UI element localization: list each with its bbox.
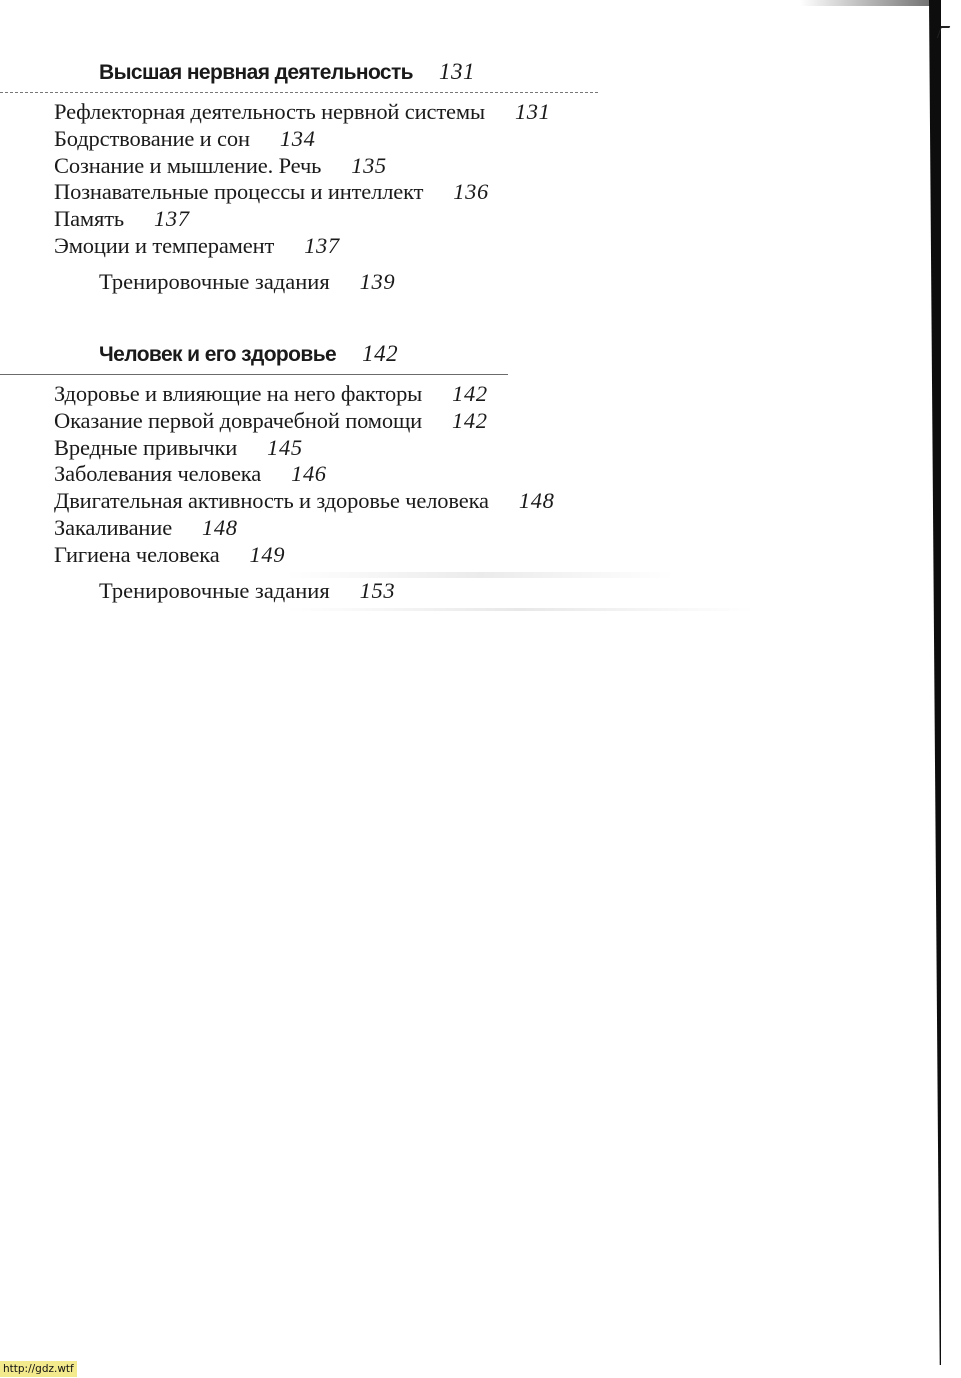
toc-section-higher-nervous-activity: Высшая нервная деятельность131 Рефлектор… (0, 56, 780, 295)
scan-artifact (285, 572, 675, 578)
entry-title: Гигиена человека (54, 542, 220, 567)
training-page: 139 (360, 269, 396, 294)
entry-page: 145 (267, 435, 303, 460)
entry-title: Оказание первой доврачебной помощи (54, 408, 422, 433)
toc-entry[interactable]: Здоровье и влияющие на него факторы142 (54, 381, 780, 408)
entry-page: 149 (250, 542, 286, 567)
entry-title: Бодрствование и сон (54, 126, 250, 151)
toc-entry[interactable]: Сознание и мышление. Речь135 (54, 153, 780, 180)
toc-training-entry[interactable]: Тренировочные задания139 (0, 269, 780, 295)
entry-title: Сознание и мышление. Речь (54, 153, 321, 178)
entry-page: 136 (453, 179, 489, 204)
entry-page: 148 (519, 488, 555, 513)
toc-entry-list: Здоровье и влияющие на него факторы142 О… (0, 381, 780, 569)
entry-title: Эмоции и темперамент (54, 233, 274, 258)
entry-title: Познавательные процессы и интеллект (54, 179, 423, 204)
toc-entry[interactable]: Гигиена человека149 (54, 542, 780, 569)
section-title: Человек и его здоровье (99, 343, 336, 366)
section-heading: Высшая нервная деятельность131 (0, 56, 780, 88)
entry-page: 142 (452, 408, 488, 433)
entry-page: 131 (515, 99, 551, 124)
toc-entry[interactable]: Двигательная активность и здоровье челов… (54, 488, 780, 515)
entry-page: 148 (202, 515, 238, 540)
toc-entry[interactable]: Эмоции и темперамент137 (54, 233, 780, 260)
toc-entry[interactable]: Оказание первой доврачебной помощи142 (54, 408, 780, 435)
entry-title: Двигательная активность и здоровье челов… (54, 488, 489, 513)
entry-title: Заболевания человека (54, 461, 261, 486)
scan-artifact (285, 608, 755, 611)
training-title: Тренировочные задания (99, 269, 330, 294)
training-title: Тренировочные задания (99, 578, 330, 603)
entry-title: Рефлекторная деятельность нервной систем… (54, 99, 485, 124)
entry-title: Память (54, 206, 124, 231)
section-divider (0, 374, 508, 375)
toc-entry-list: Рефлекторная деятельность нервной систем… (0, 99, 780, 260)
training-page: 153 (360, 578, 396, 603)
toc-entry[interactable]: Рефлекторная деятельность нервной систем… (54, 99, 780, 126)
entry-title: Вредные привычки (54, 435, 237, 460)
entry-page: 137 (304, 233, 340, 258)
watermark-link[interactable]: http://gdz.wtf (0, 1361, 77, 1377)
section-heading: Человек и его здоровье142 (0, 338, 780, 370)
toc-section-human-health: Человек и его здоровье142 Здоровье и вли… (0, 338, 780, 604)
toc-entry[interactable]: Вредные привычки145 (54, 435, 780, 462)
toc-entry[interactable]: Закаливание148 (54, 515, 780, 542)
page-edge-shadow (800, 0, 930, 6)
toc-entry[interactable]: Бодрствование и сон134 (54, 126, 780, 153)
entry-page: 146 (291, 461, 327, 486)
toc-entry[interactable]: Заболевания человека146 (54, 461, 780, 488)
entry-page: 135 (351, 153, 387, 178)
section-page: 131 (439, 59, 475, 84)
entry-title: Закаливание (54, 515, 172, 540)
page-margin-right (941, 0, 961, 1378)
toc-entry[interactable]: Познавательные процессы и интеллект136 (54, 179, 780, 206)
section-divider (0, 92, 598, 93)
section-page: 142 (362, 341, 398, 366)
toc-entry[interactable]: Память137 (54, 206, 780, 233)
entry-page: 142 (452, 381, 488, 406)
section-title: Высшая нервная деятельность (99, 61, 413, 84)
entry-title: Здоровье и влияющие на него факторы (54, 381, 422, 406)
entry-page: 137 (154, 206, 190, 231)
entry-page: 134 (280, 126, 316, 151)
toc-training-entry[interactable]: Тренировочные задания153 (0, 578, 780, 604)
